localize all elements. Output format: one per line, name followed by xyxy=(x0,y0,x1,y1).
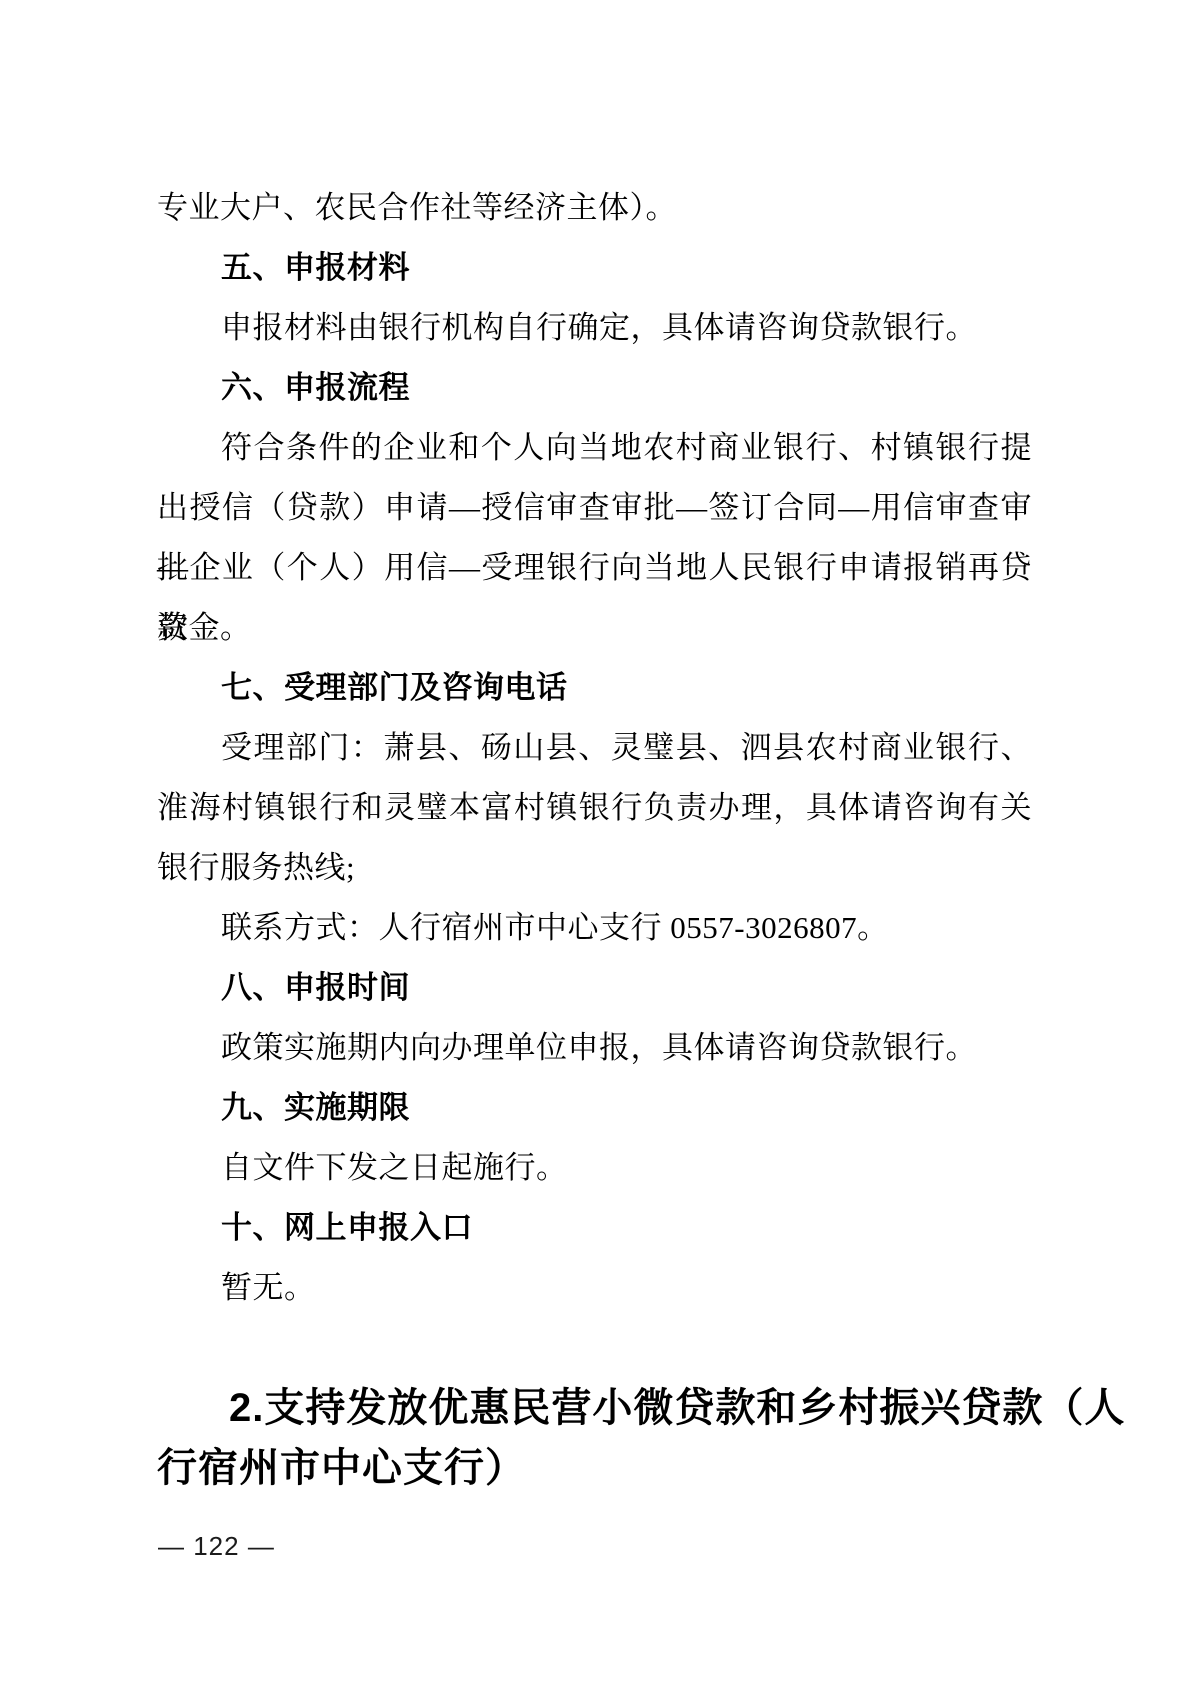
heading-accepting-department: 七、受理部门及咨询电话 xyxy=(157,658,1032,718)
heading-implementation-period: 九、实施期限 xyxy=(157,1078,1032,1138)
paragraph-line: 政策实施期内向办理单位申报，具体请咨询贷款银行。 xyxy=(157,1018,1032,1078)
paragraph-line: 受理部门：萧县、砀山县、灵璧县、泗县农村商业银行、 xyxy=(157,718,1032,778)
paragraph-line: 暂无。 xyxy=(157,1258,1032,1318)
heading-application-process: 六、申报流程 xyxy=(157,358,1032,418)
paragraph-line: —企业（个人）用信—受理银行向当地人民银行申请报销再贷款 xyxy=(157,538,1032,598)
document-section-title: 2.支持发放优惠民营小微贷款和乡村振兴贷款（人 xyxy=(157,1378,1032,1438)
document-page: 专业大户、农民合作社等经济主体）。 五、申报材料 申报材料由银行机构自行确定，具… xyxy=(0,0,1190,1683)
document-section-title: 行宿州市中心支行） xyxy=(157,1438,1032,1498)
heading-online-application-portal: 十、网上申报入口 xyxy=(157,1198,1032,1258)
paragraph-line: 银行服务热线; xyxy=(157,838,1032,898)
document-body: 专业大户、农民合作社等经济主体）。 五、申报材料 申报材料由银行机构自行确定，具… xyxy=(157,178,1032,1498)
heading-application-materials: 五、申报材料 xyxy=(157,238,1032,298)
paragraph-line: 符合条件的企业和个人向当地农村商业银行、村镇银行提 xyxy=(157,418,1032,478)
paragraph-line: 申报材料由银行机构自行确定，具体请咨询贷款银行。 xyxy=(157,298,1032,358)
heading-application-time: 八、申报时间 xyxy=(157,958,1032,1018)
paragraph-line: 出授信（贷款）申请—授信审查审批—签订合同—用信审查审批 xyxy=(157,478,1032,538)
paragraph-line: 资金。 xyxy=(157,598,1032,658)
paragraph-line-contact-phone: 联系方式：人行宿州市中心支行 0557-3026807。 xyxy=(157,898,1032,958)
page-number: — 122 — xyxy=(158,1531,275,1562)
paragraph-line: 淮海村镇银行和灵璧本富村镇银行负责办理，具体请咨询有关 xyxy=(157,778,1032,838)
paragraph-line: 自文件下发之日起施行。 xyxy=(157,1138,1032,1198)
blank-line xyxy=(157,1318,1032,1378)
paragraph-line: 专业大户、农民合作社等经济主体）。 xyxy=(157,178,1032,238)
